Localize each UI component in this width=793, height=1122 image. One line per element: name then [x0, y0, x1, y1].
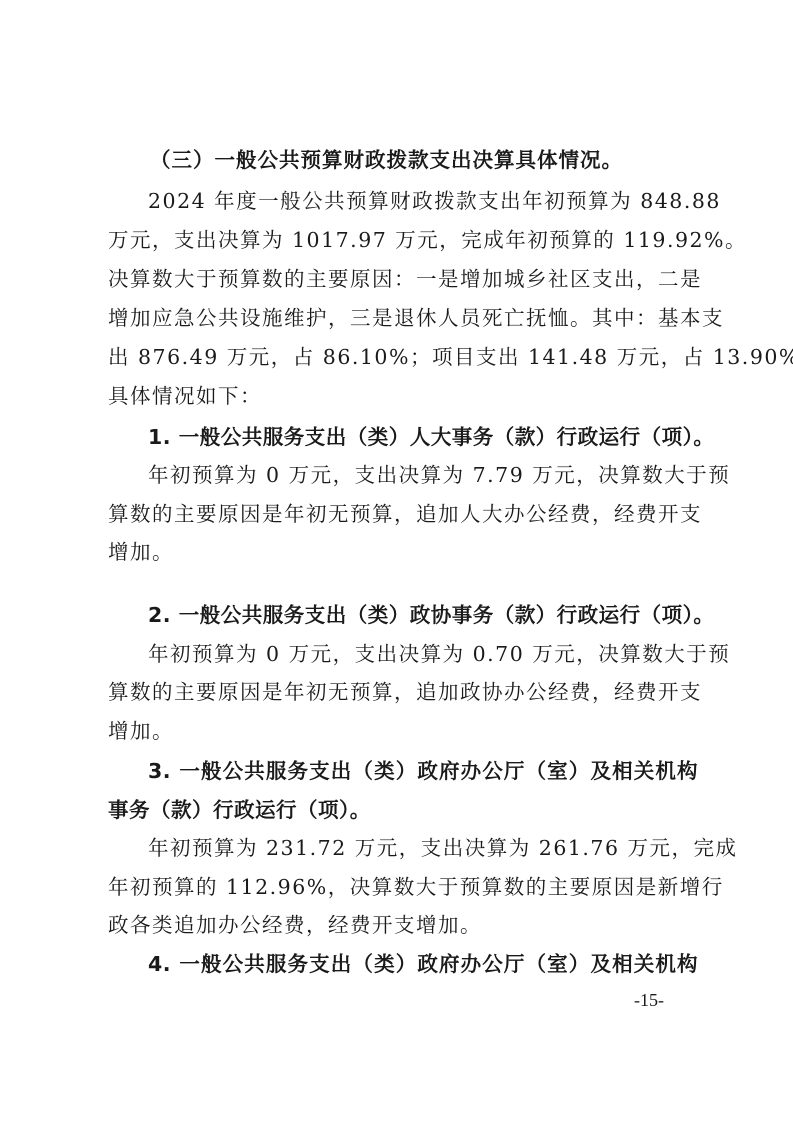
item-2-body-line: 增加。 [108, 717, 698, 745]
paragraph-line: 决算数大于预算数的主要原因：一是增加城乡社区支出，二是 [108, 265, 698, 293]
paragraph-line: 增加应急公共设施维护，三是退休人员死亡抚恤。其中：基本支 [108, 304, 698, 332]
item-1-body-line: 增加。 [108, 538, 698, 566]
section-heading: （三）一般公共预算财政拨款支出决算具体情况。 [150, 146, 630, 174]
item-1-heading: 1. 一般公共服务支出（类）人大事务（款）行政运行（项）。 [148, 423, 698, 451]
paragraph-line: 2024 年度一般公共预算财政拨款支出年初预算为 848.88 [148, 187, 698, 215]
item-3-heading: 3. 一般公共服务支出（类）政府办公厅（室）及相关机构 [148, 757, 698, 785]
item-2-body-line: 算数的主要原因是年初无预算，追加政协办公经费，经费开支 [108, 678, 698, 706]
item-3-body-line: 年初预算的 112.96%，决算数大于预算数的主要原因是新增行 [108, 873, 698, 901]
document-page: （三）一般公共预算财政拨款支出决算具体情况。 2024 年度一般公共预算财政拨款… [0, 0, 793, 1122]
paragraph-line: 具体情况如下： [108, 382, 698, 410]
item-1-body-line: 算数的主要原因是年初无预算，追加人大办公经费，经费开支 [108, 500, 698, 528]
item-2-heading: 2. 一般公共服务支出（类）政协事务（款）行政运行（项）。 [148, 601, 698, 629]
item-2-body-line: 年初预算为 0 万元，支出决算为 0.70 万元，决算数大于预 [148, 640, 698, 668]
item-4-heading: 4. 一般公共服务支出（类）政府办公厅（室）及相关机构 [148, 950, 698, 978]
item-3-body-line: 年初预算为 231.72 万元，支出决算为 261.76 万元，完成 [148, 834, 698, 862]
paragraph-line: 万元，支出决算为 1017.97 万元，完成年初预算的 119.92%。 [108, 226, 698, 254]
item-3-body-line: 政各类追加办公经费，经费开支增加。 [108, 911, 698, 939]
paragraph-line: 出 876.49 万元，占 86.10%；项目支出 141.48 万元，占 13… [108, 343, 698, 371]
item-1-body-line: 年初预算为 0 万元，支出决算为 7.79 万元，决算数大于预 [148, 461, 698, 489]
item-3-heading: 事务（款）行政运行（项）。 [108, 796, 698, 824]
page-number: -15- [634, 990, 664, 1011]
